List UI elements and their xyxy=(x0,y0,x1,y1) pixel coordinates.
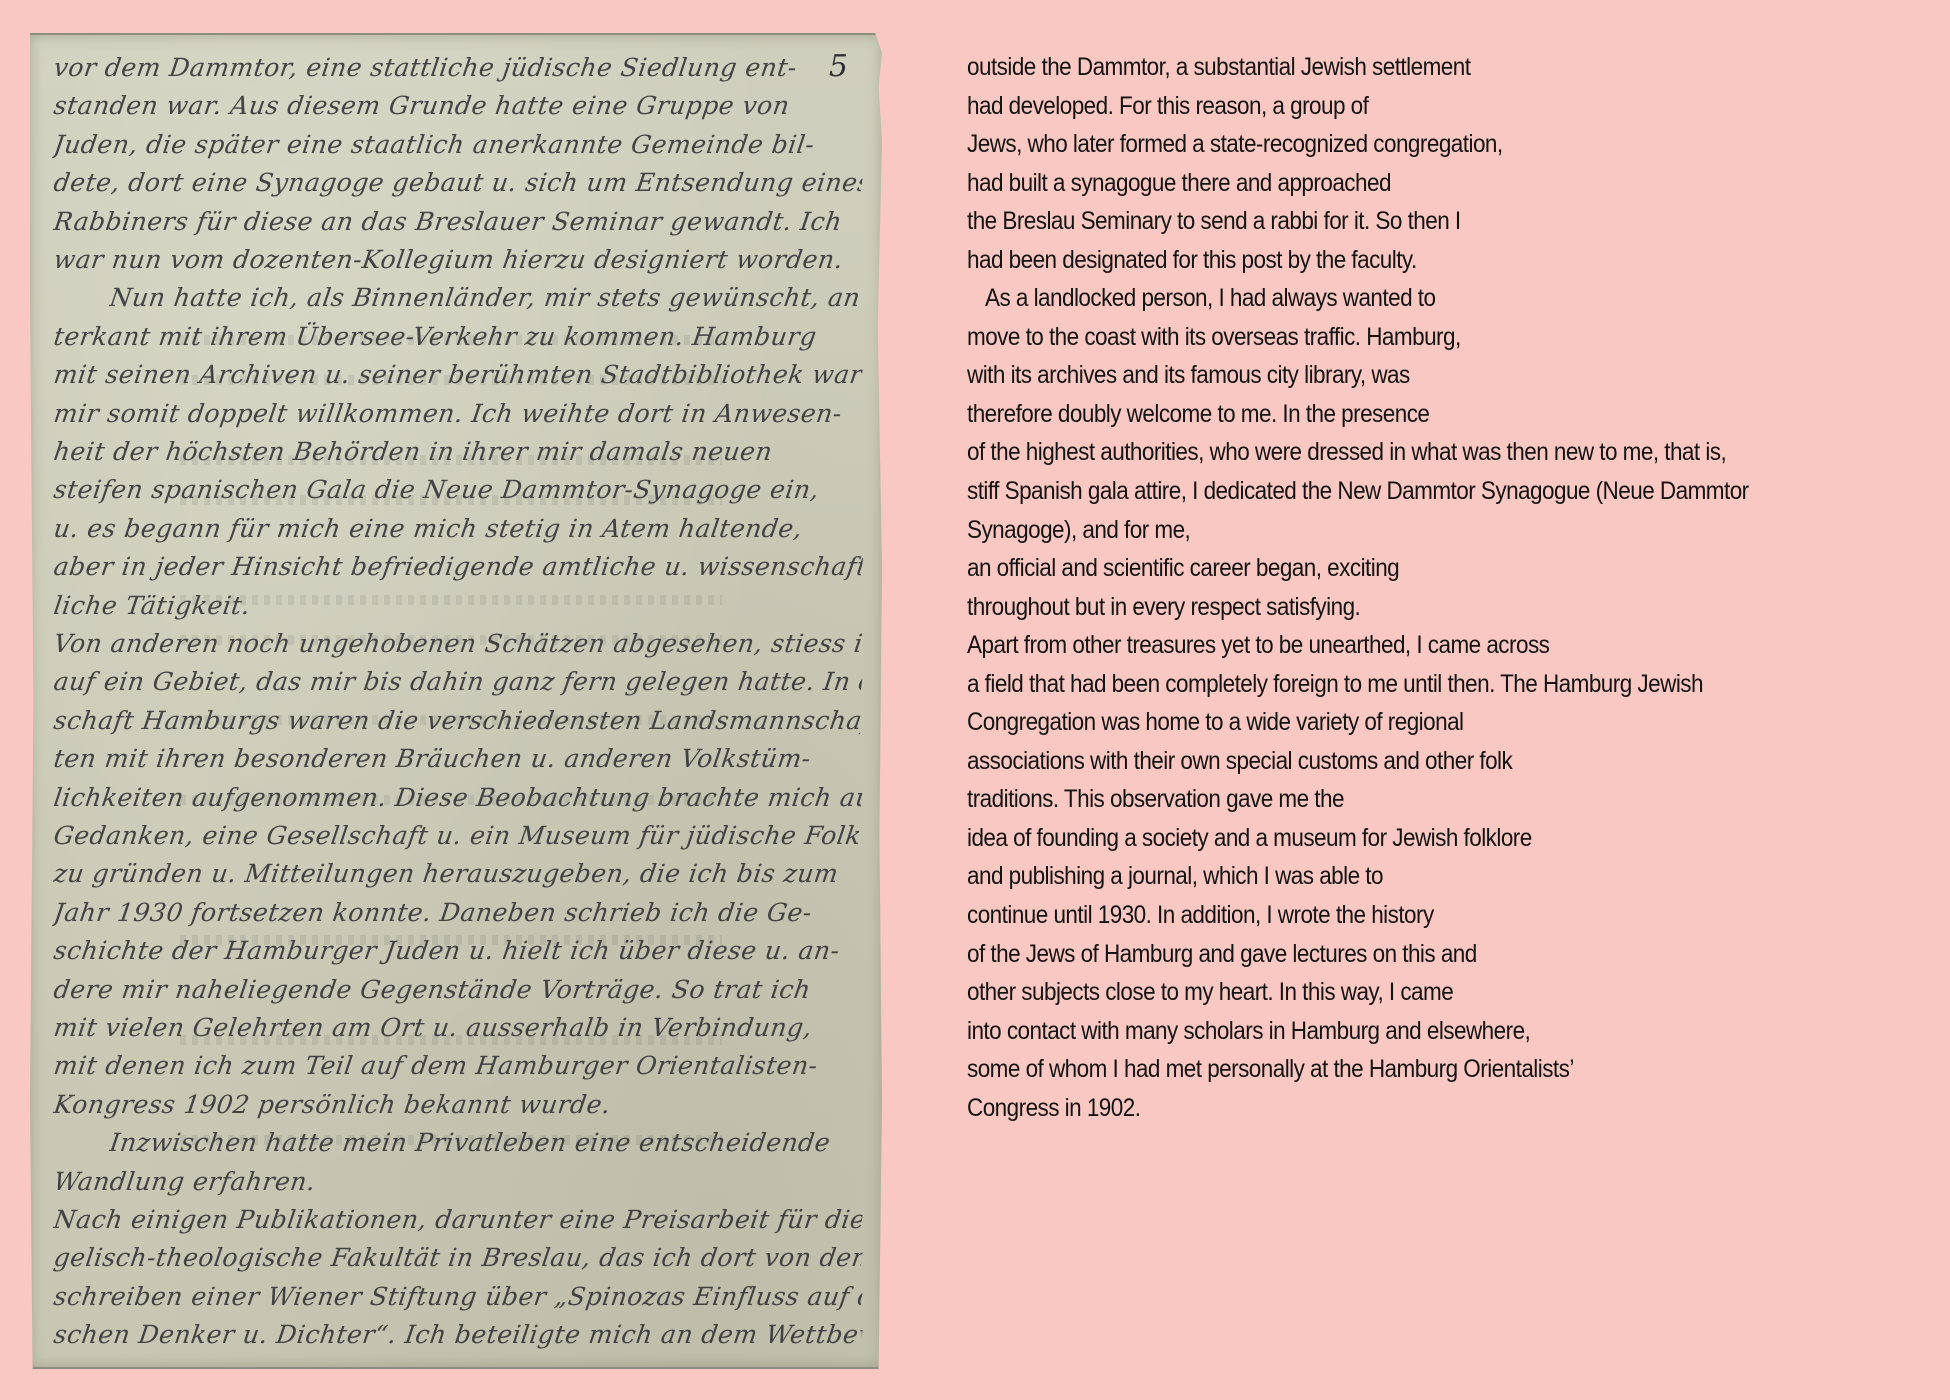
translation-line: into contact with many scholars in Hambu… xyxy=(967,1012,1831,1051)
translation-line: move to the coast with its overseas traf… xyxy=(967,318,1831,357)
translation-line: an official and scientific career began,… xyxy=(967,549,1831,588)
handwritten-line: Rabbiners für diese an das Breslauer Sem… xyxy=(52,207,864,236)
handwritten-line: Jahr 1930 fortsetzen konnte. Daneben sch… xyxy=(52,898,864,927)
bleed-through-mark xyxy=(180,715,722,725)
handwritten-line: schreiben einer Wiener Stiftung über „Sp… xyxy=(52,1282,864,1311)
translation-line: therefore doubly welcome to me. In the p… xyxy=(967,395,1831,434)
bleed-through-mark xyxy=(180,335,722,345)
handwritten-line: vor dem Dammtor, eine stattliche jüdisch… xyxy=(52,53,864,82)
translation-line: other subjects close to my heart. In thi… xyxy=(967,973,1831,1012)
translation-line: associations with their own special cust… xyxy=(967,742,1831,781)
handwritten-line: Gedanken, eine Gesellschaft u. ein Museu… xyxy=(52,821,864,850)
handwritten-line: Wandlung erfahren. xyxy=(52,1167,864,1196)
translation-line: Synagoge), and for me, xyxy=(967,511,1831,550)
translation-line: with its archives and its famous city li… xyxy=(967,356,1831,395)
handwritten-line: aber in jeder Hinsicht befriedigende amt… xyxy=(52,552,864,581)
translation-line: traditions. This observation gave me the xyxy=(967,780,1831,819)
translation-line: continue until 1930. In addition, I wrot… xyxy=(967,896,1831,935)
translation-line: stiff Spanish gala attire, I dedicated t… xyxy=(967,472,1831,511)
handwritten-line: schen Denker u. Dichter“. Ich beteiligte… xyxy=(52,1320,864,1349)
bleed-through-mark xyxy=(180,635,722,645)
handwritten-line: dete, dort eine Synagoge gebaut u. sich … xyxy=(52,168,864,197)
handwritten-line: mir somit doppelt willkommen. Ich weihte… xyxy=(52,399,864,428)
translation-line: had built a synagogue there and approach… xyxy=(967,164,1831,203)
manuscript-page-image: 5 vor dem Dammtor, eine stattliche jüdis… xyxy=(30,33,882,1369)
translation-line: had been designated for this post by the… xyxy=(967,241,1831,280)
handwritten-line: ten mit ihren besonderen Bräuchen u. and… xyxy=(52,744,864,773)
translation-line: outside the Dammtor, a substantial Jewis… xyxy=(967,48,1831,87)
bleed-through-mark xyxy=(180,935,722,945)
translation-line: the Breslau Seminary to send a rabbi for… xyxy=(967,202,1831,241)
handwritten-line: zu gründen u. Mitteilungen herauszugeben… xyxy=(52,859,864,888)
handwritten-line: war nun vom dozenten-Kollegium hierzu de… xyxy=(52,245,864,274)
translation-line: of the highest authorities, who were dre… xyxy=(967,433,1831,472)
handwritten-line: mit denen ich zum Teil auf dem Hamburger… xyxy=(52,1051,864,1080)
handwritten-line: u. es begann für mich eine mich stetig i… xyxy=(52,514,864,543)
translation-line: had developed. For this reason, a group … xyxy=(967,87,1831,126)
handwritten-line: dere mir naheliegende Gegenstände Vorträ… xyxy=(52,975,864,1004)
handwritten-line: Juden, die später eine staatlich anerkan… xyxy=(52,130,864,159)
bleed-through-mark xyxy=(180,455,722,465)
bleed-through-mark xyxy=(180,1135,722,1145)
translation-line: and publishing a journal, which I was ab… xyxy=(967,857,1831,896)
translation-line: Apart from other treasures yet to be une… xyxy=(967,626,1831,665)
bleed-through-mark xyxy=(180,595,722,605)
handwritten-line: standen war. Aus diesem Grunde hatte ein… xyxy=(52,91,864,120)
handwritten-line: Nun hatte ich, als Binnenländer, mir ste… xyxy=(108,283,864,312)
bleed-through-mark xyxy=(180,495,722,505)
translation-line: Congregation was home to a wide variety … xyxy=(967,703,1831,742)
handwritten-line: gelisch-theologische Fakultät in Breslau… xyxy=(52,1243,864,1272)
handwritten-line: Kongress 1902 persönlich bekannt wurde. xyxy=(52,1090,864,1119)
handwritten-line: Nach einigen Publikationen, darunter ein… xyxy=(52,1205,864,1234)
translation-line: throughout but in every respect satisfyi… xyxy=(967,588,1831,627)
translation-line: some of whom I had met personally at the… xyxy=(967,1050,1831,1089)
translation-line: Jews, who later formed a state-recognize… xyxy=(967,125,1831,164)
handwritten-line: auf ein Gebiet, das mir bis dahin ganz f… xyxy=(52,667,864,696)
bleed-through-mark xyxy=(180,375,722,385)
english-translation: outside the Dammtor, a substantial Jewis… xyxy=(967,48,1927,1127)
translation-line: Congress in 1902. xyxy=(967,1089,1831,1128)
translation-line: a field that had been completely foreign… xyxy=(967,665,1831,704)
translation-line: As a landlocked person, I had always wan… xyxy=(967,279,1831,318)
bleed-through-mark xyxy=(180,795,722,805)
translation-line: idea of founding a society and a museum … xyxy=(967,819,1831,858)
bleed-through-mark xyxy=(180,1035,722,1045)
translation-line: of the Jews of Hamburg and gave lectures… xyxy=(967,935,1831,974)
